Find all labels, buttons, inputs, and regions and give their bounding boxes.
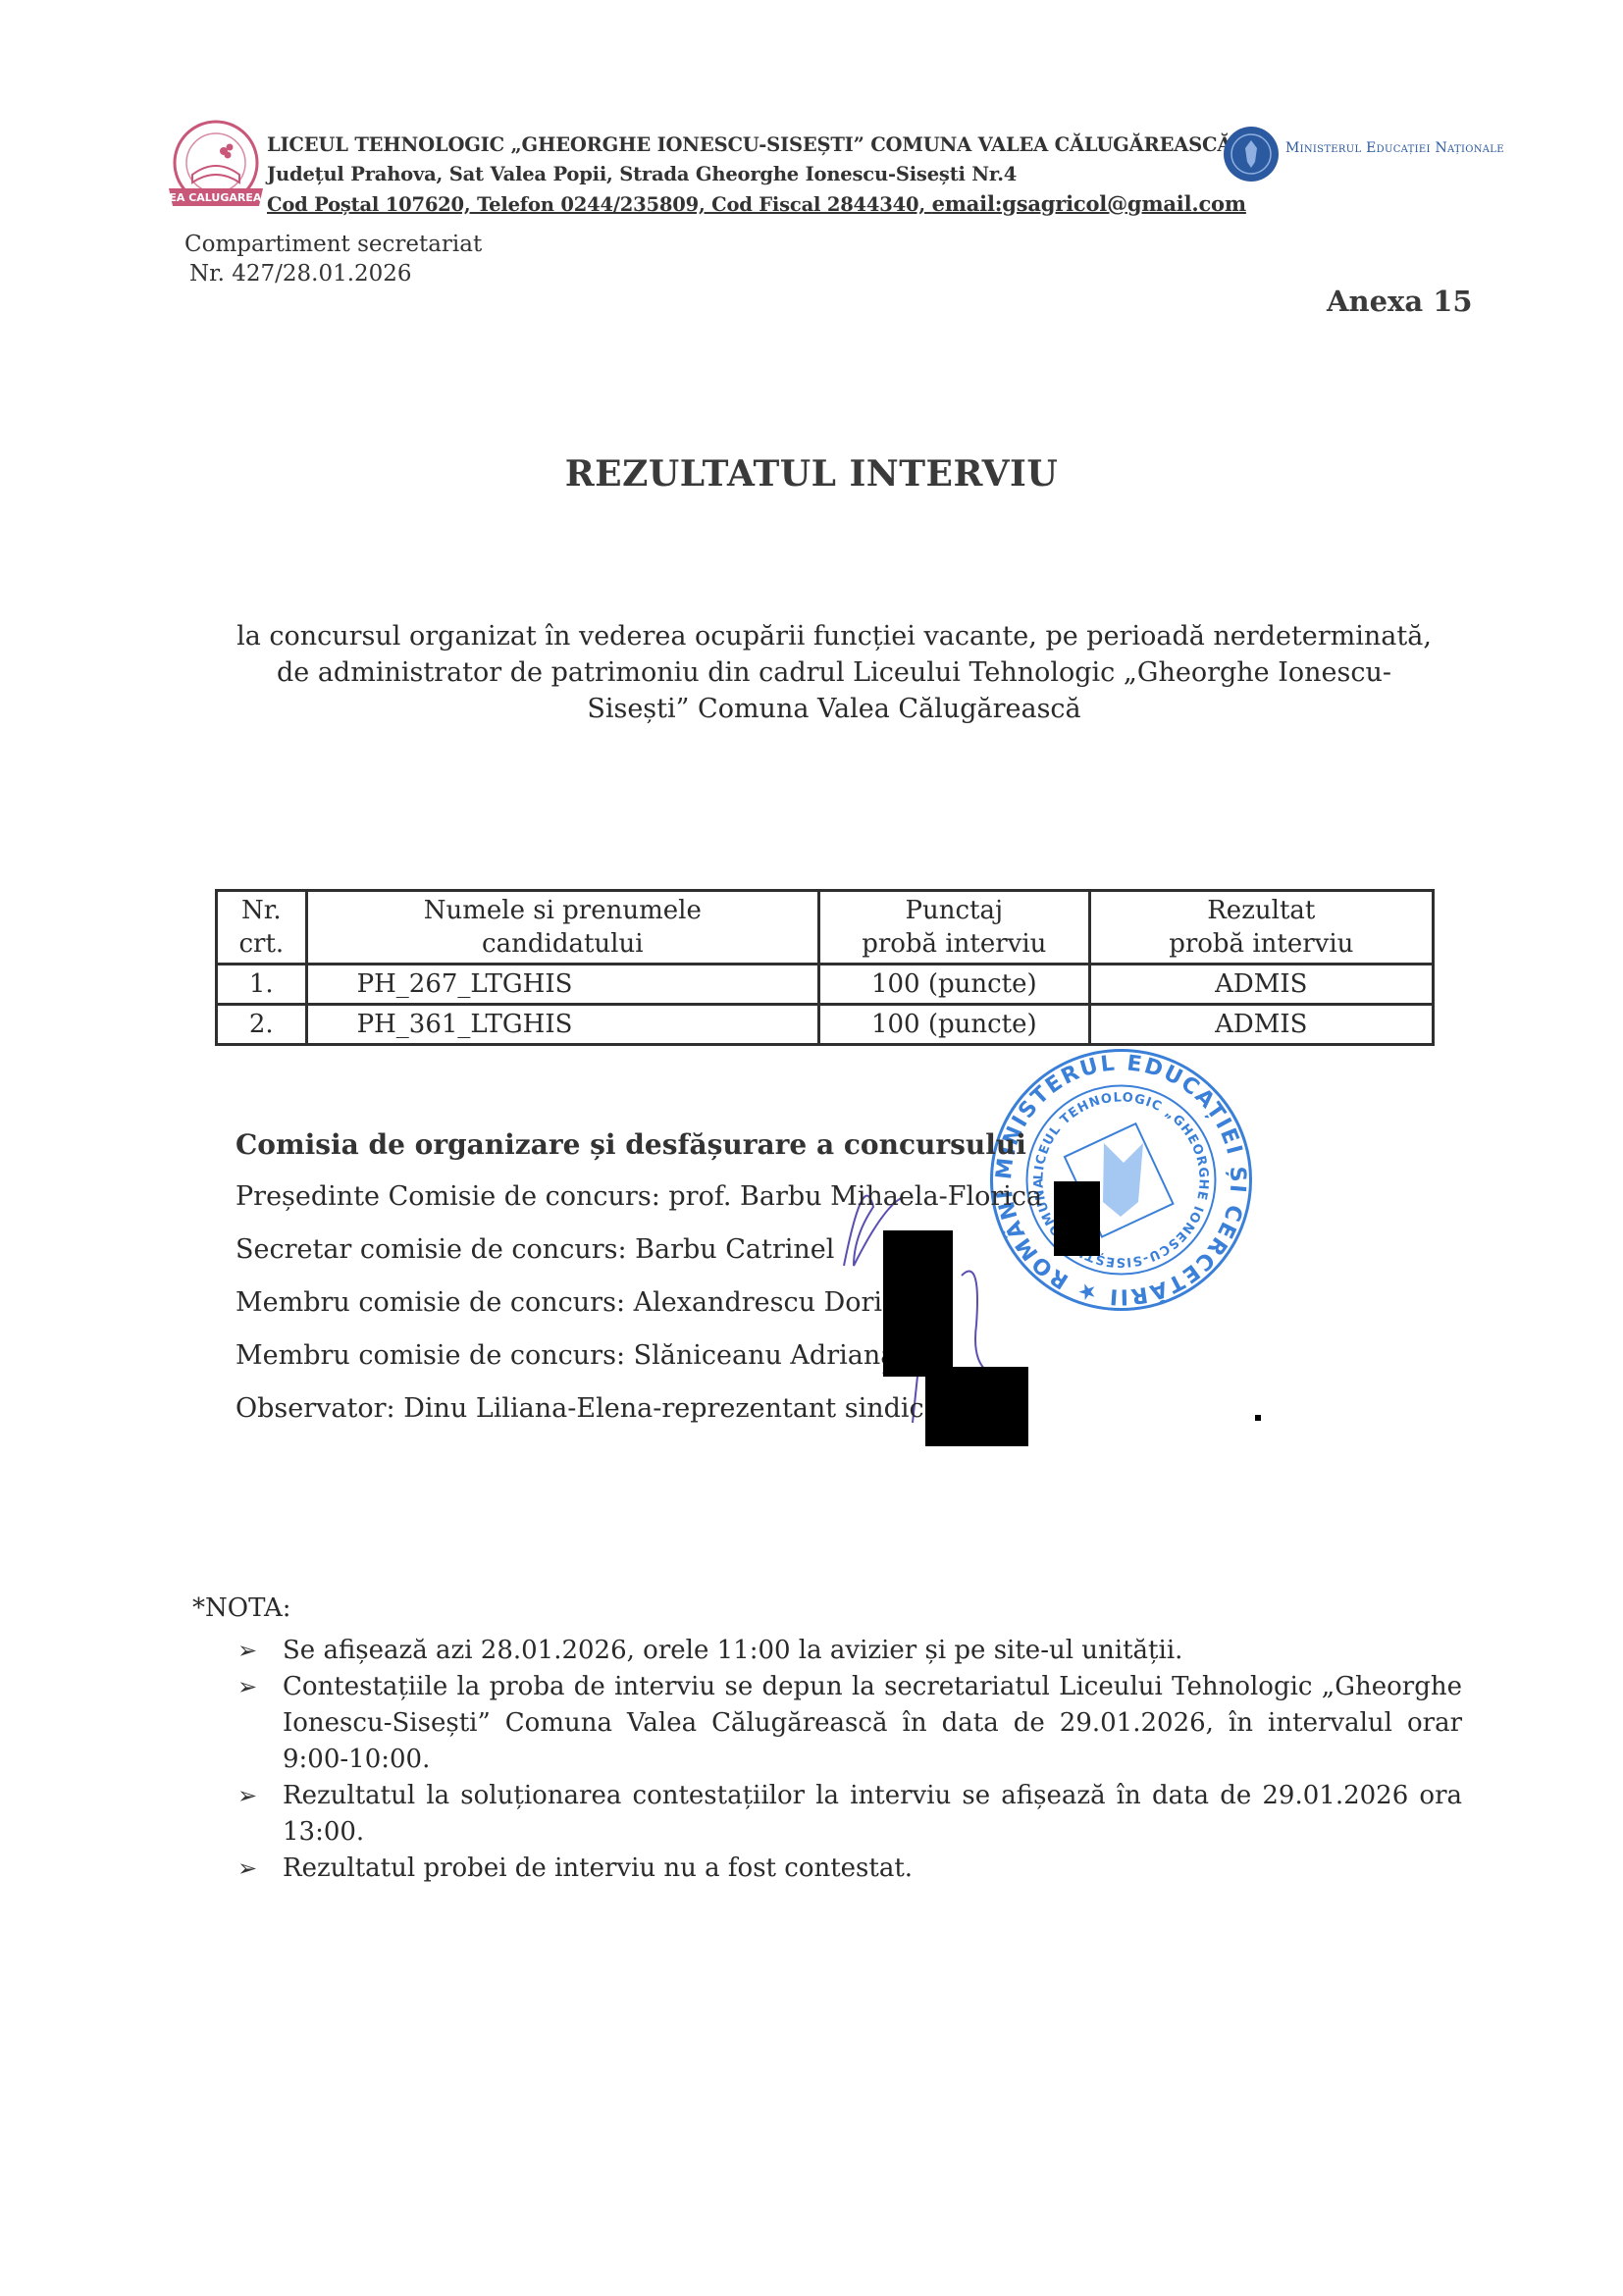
table-row: 2. PH_361_LTGHIS 100 (puncte) ADMIS xyxy=(217,1005,1434,1045)
arrow-bullet-icon: ➢ xyxy=(237,1633,257,1669)
school-contact: Cod Poștal 107620, Telefon 0244/235809, … xyxy=(267,191,1246,216)
arrow-bullet-icon: ➢ xyxy=(237,1669,257,1705)
school-name: LICEUL TEHNOLOGIC „GHEORGHE IONESCU-SISE… xyxy=(267,133,1231,156)
annex-label: Anexa 15 xyxy=(1327,285,1473,318)
list-item: ➢Rezultatul la soluționarea contestațiil… xyxy=(236,1778,1462,1851)
arrow-bullet-icon: ➢ xyxy=(237,1778,257,1814)
commission-heading: Comisia de organizare și desfășurare a c… xyxy=(236,1128,1026,1161)
nota-list: ➢Se afișează azi 28.01.2026, orele 11:00… xyxy=(236,1633,1462,1887)
ministry-seal-icon xyxy=(1222,125,1281,183)
contact-details: Cod Poștal 107620, Telefon 0244/235809, … xyxy=(267,193,932,216)
table-row: 1. PH_267_LTGHIS 100 (puncte) ADMIS xyxy=(217,965,1434,1005)
school-logo-icon: VALEA CALUGAREASCA xyxy=(165,118,271,216)
department-label: Compartiment secretariat xyxy=(184,232,482,257)
row-candidate: PH_267_LTGHIS xyxy=(306,965,818,1005)
col-result-header: Rezultatprobă interviu xyxy=(1089,891,1433,965)
col-candidate-header: Numele si prenumelecandidatului xyxy=(306,891,818,965)
school-address: Județul Prahova, Sat Valea Popii, Strada… xyxy=(267,163,1017,185)
nota-label: *NOTA: xyxy=(192,1593,291,1623)
table-header-row: Nr.crt. Numele si prenumelecandidatului … xyxy=(217,891,1434,965)
commission-observer: Observator: Dinu Liliana-Elena-reprezent… xyxy=(236,1393,951,1424)
row-candidate: PH_361_LTGHIS xyxy=(306,1005,818,1045)
commission-member-1: Membru comisie de concurs: Alexandrescu … xyxy=(236,1287,916,1318)
col-nr-header: Nr.crt. xyxy=(217,891,307,965)
row-nr: 1. xyxy=(217,965,307,1005)
email-link[interactable]: email:gsagricol@gmail.com xyxy=(932,191,1246,216)
registration-number: Nr. 427/28.01.2026 xyxy=(189,261,412,287)
intro-paragraph: la concursul organizat în vederea ocupăr… xyxy=(236,618,1433,727)
commission-president: Președinte Comisie de concurs: prof. Bar… xyxy=(236,1181,1042,1212)
row-score: 100 (puncte) xyxy=(818,965,1089,1005)
redaction-box xyxy=(1054,1181,1100,1256)
list-item: ➢Rezultatul probei de interviu nu a fost… xyxy=(236,1851,1462,1887)
row-score: 100 (puncte) xyxy=(818,1005,1089,1045)
svg-text:VALEA CALUGAREASCA: VALEA CALUGAREASCA xyxy=(165,191,271,204)
arrow-bullet-icon: ➢ xyxy=(237,1851,257,1887)
list-item: ➢Contestațiile la proba de interviu se d… xyxy=(236,1669,1462,1778)
list-item: ➢Se afișează azi 28.01.2026, orele 11:00… xyxy=(236,1633,1462,1669)
row-result: ADMIS xyxy=(1089,1005,1433,1045)
commission-member-2: Membru comisie de concurs: Slăniceanu Ad… xyxy=(236,1340,896,1371)
ministry-name: Ministerul Educației Naționale xyxy=(1285,140,1504,156)
redaction-box xyxy=(925,1367,1028,1446)
page-title: REZULTATUL INTERVIU xyxy=(0,453,1623,495)
commission-secretary: Secretar comisie de concurs: Barbu Catri… xyxy=(236,1234,834,1265)
results-table: Nr.crt. Numele si prenumelecandidatului … xyxy=(215,889,1435,1046)
row-result: ADMIS xyxy=(1089,965,1433,1005)
stray-mark xyxy=(1255,1415,1261,1421)
row-nr: 2. xyxy=(217,1005,307,1045)
redaction-box xyxy=(883,1230,953,1377)
col-score-header: Punctajprobă interviu xyxy=(818,891,1089,965)
